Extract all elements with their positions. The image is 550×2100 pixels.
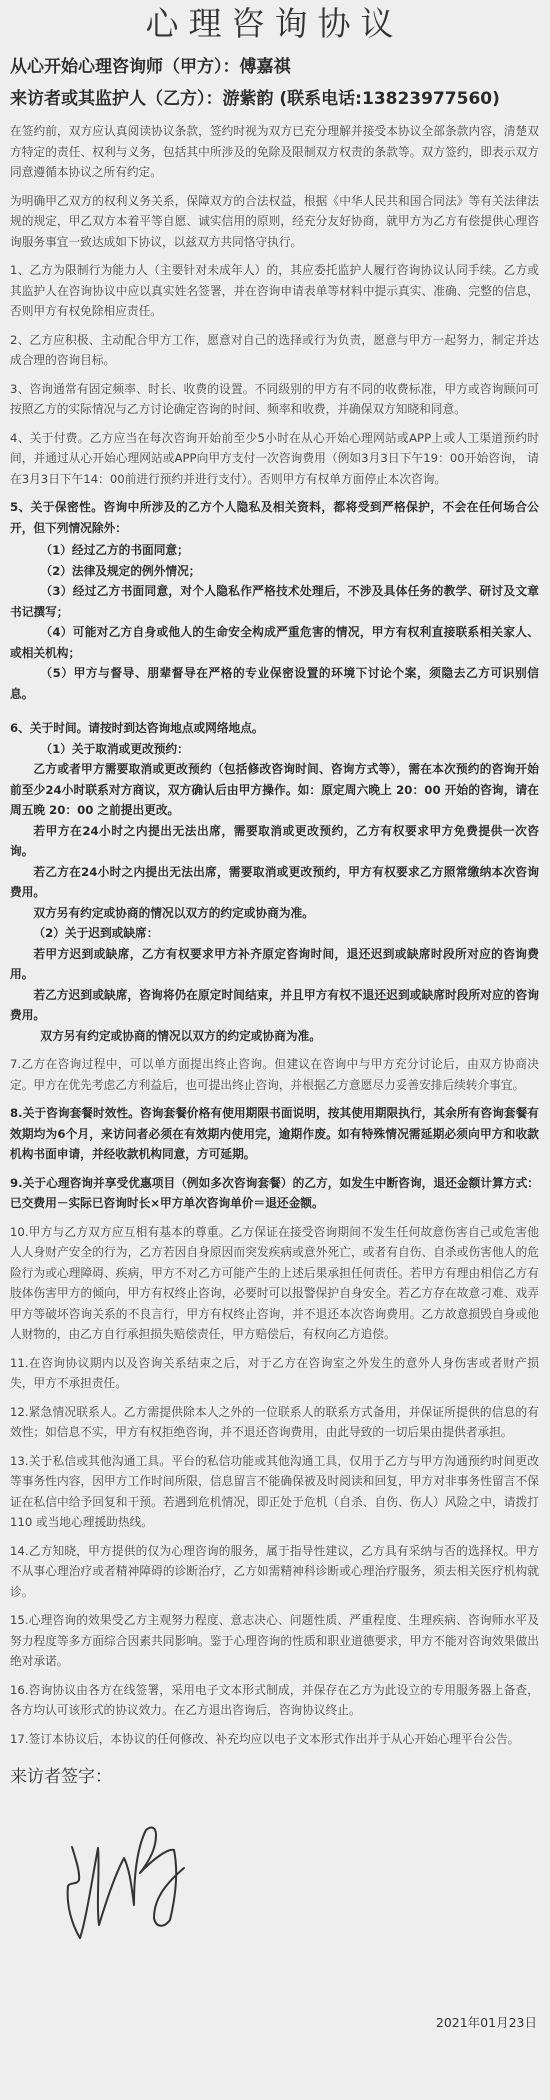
clause-5-item: （5）甲方与督导、朋辈督导在严格的专业保密设置的环境下讨论个案，须隐去乙方可识别… [10, 663, 539, 704]
clause-5-heading: 5、关于保密性。咨询中所涉及的乙方个人隐私及相关资料，都将受到严格保护，不会在任… [10, 497, 539, 538]
clause-14: 14.乙方知晓，甲方提供的仅为心理咨询的服务，属于指导性建议，乙方具有采纳与否的… [10, 1541, 539, 1603]
clause-15: 15.心理咨询的效果受乙方主观努力程度、意志决心、问题性质、严重程度、生理疾病、… [10, 1610, 539, 1672]
page-title: 心理咨询协议 [10, 0, 539, 50]
party-b: 来访者或其监护人（乙方）：游紫韵 (联系电话:13823977560) [10, 85, 539, 113]
clause-12: 12.紧急情况联系人。乙方需提供除本人之外的一位联系人的联系方式备用，并保证所提… [10, 1402, 539, 1443]
clause-11: 11.在咨询协议期内以及咨询关系结束之后，对于乙方在咨询室之外发生的意外人身伤害… [10, 1353, 539, 1394]
clause-6-sub1-item: 乙方或者甲方需要取消或更改预约（包括修改咨询时间、咨询方式等），需在本次预约的咨… [10, 759, 539, 821]
clause-6-sub1-item: 双方另有约定或协商的情况以双方的约定或协商为准。 [10, 903, 539, 924]
clause-6-sub2-item: 若甲方迟到或缺席，乙方有权要求甲方补齐原定咨询时间，退还迟到或缺席时段所对应的咨… [10, 944, 539, 985]
clause-13: 13.关于私信或其他沟通工具。平台的私信功能或其他沟通工具，仅用于乙方与甲方沟通… [10, 1451, 539, 1533]
signature-label: 来访者签字： [10, 1763, 539, 1791]
clause-4: 4、关于付费。乙方应当在每次咨询开始前至少5小时在从心开始心理网站或APP上或人… [10, 428, 539, 490]
clause-8: 8.关于咨询套餐时效性。咨询套餐价格有使用期限书面说明，按其使用期限执行，其余所… [10, 1103, 539, 1165]
agreement-page: 心理咨询协议 从心开始心理咨询师（甲方）：傅嘉祺 来访者或其监护人（乙方）：游紫… [0, 0, 550, 1791]
clause-3: 3、咨询通常有固定频率、时长、收费的设置。不同级别的甲方有不同的收费标准，甲方或… [10, 379, 539, 420]
clause-5-item: （4）可能对乙方自身或他人的生命安全构成严重危害的情况，甲方有权利直接联系相关家… [10, 622, 539, 663]
intro-paragraph: 为明确甲乙双方的权利义务关系，保障双方的合法权益，根据《中华人民共和国合同法》等… [10, 191, 539, 253]
clause-10: 10.甲方与乙方双方应互相有基本的尊重。乙方保证在接受咨询期间不发生任何故意伤害… [10, 1222, 539, 1345]
clause-6-sub2-heading: （2）关于迟到或缺席： [10, 923, 539, 944]
clause-7: 7.乙方在咨询过程中，可以单方面提出终止咨询。但建议在咨询中与甲方充分讨论后，由… [10, 1054, 539, 1095]
clause-6-sub1-item: 若乙方在24小时之内提出无法出席，需要取消或更改预约，甲方有权要求乙方照常缴纳本… [10, 862, 539, 903]
clause-6-sub2-item: 双方另有约定或协商的情况以双方的约定或协商为准。 [10, 1026, 539, 1047]
party-a: 从心开始心理咨询师（甲方）：傅嘉祺 [10, 53, 539, 81]
clause-5-item: （3）经过乙方书面同意，对个人隐私作严格技术处理后，不涉及具体任务的教学、研讨及… [10, 581, 539, 622]
clause-6-heading: 6、关于时间。请按时到达咨询地点或网络地点。 [10, 718, 539, 739]
clause-9: 9.关于心理咨询并享受优惠项目（例如多次咨询套餐）的乙方，如发生中断咨询，退还金… [10, 1173, 539, 1214]
clause-2: 2、乙方应积极、主动配合甲方工作，愿意对自己的选择或行为负责，愿意与甲方一起努力… [10, 330, 539, 371]
clause-5-item: （2）法律及规定的例外情况； [10, 561, 539, 582]
clause-16: 16.咨询协议由各方在线签署，采用电子文本形式制成，并保存在乙方为此设立的专用服… [10, 1680, 539, 1721]
clause-17: 17.签订本协议后，本协议的任何修改、补充均应以电子文本形式作出并于从心开始心理… [10, 1729, 539, 1750]
clause-6-sub2-item: 若乙方迟到或缺席，咨询将仍在原定时间结束，并且甲方有权不退还迟到或缺席时段所对应… [10, 985, 539, 1026]
handwritten-signature-image [60, 1820, 240, 1960]
clause-6-sub1-item: 若甲方在24小时之内提出无法出席，需要取消或更改预约，乙方有权要求甲方免费提供一… [10, 821, 539, 862]
intro-paragraph: 在签约前，双方应认真阅读协议条款，签约时视为双方已充分理解并接受本协议全部条款内… [10, 121, 539, 183]
clause-5-item: （1）经过乙方的书面同意； [10, 540, 539, 561]
clause-1: 1、乙方为限制行为能力人（主要针对未成年人）的，其应委托监护人履行咨询协议认同手… [10, 260, 539, 322]
signing-date: 2021年01月23日 [436, 2013, 537, 2031]
clause-6-sub1-heading: （1）关于取消或更改预约： [10, 739, 539, 760]
